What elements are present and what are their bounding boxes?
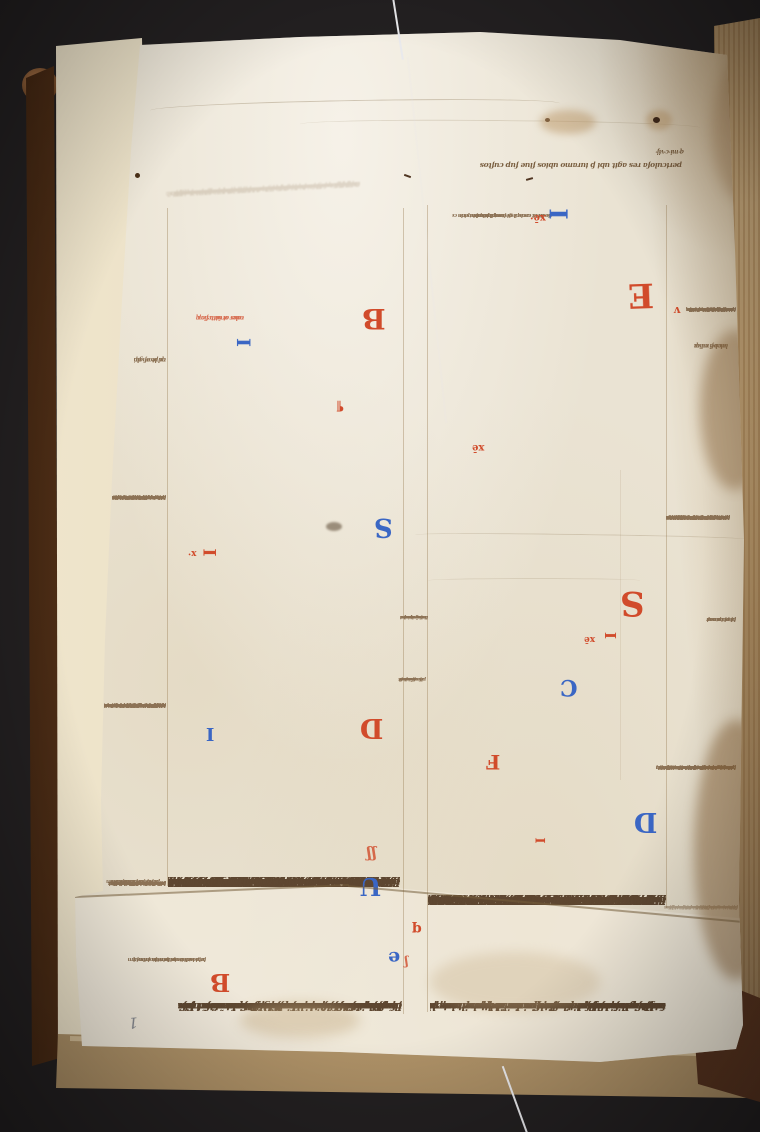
rubric-flourish-2: ʃ bbox=[404, 956, 408, 968]
initial-red-D: D bbox=[360, 714, 383, 741]
initial-blue-I-3: I bbox=[206, 724, 214, 742]
rubric-flourish-1: ʃʃ bbox=[366, 846, 376, 861]
wormhole bbox=[653, 117, 660, 123]
rubric-pilcrow: ¶ bbox=[336, 399, 344, 412]
initial-red-I-3: I bbox=[533, 837, 546, 843]
ink-smudge bbox=[326, 522, 342, 531]
initial-blue-D: D bbox=[634, 808, 657, 835]
rubric-v: v bbox=[674, 305, 680, 316]
initial-red-B-1: B bbox=[362, 304, 386, 332]
pencil-mark: 1 bbox=[121, 1013, 139, 1032]
initial-red-E: E bbox=[627, 278, 654, 313]
initial-red-B-2: B bbox=[210, 970, 230, 994]
stain-spot bbox=[430, 952, 600, 1012]
running-title: periculoſa res agit ubi ƥ iuramo ubios ſ… bbox=[446, 154, 682, 170]
stain-spot bbox=[540, 110, 596, 134]
wormhole bbox=[545, 118, 550, 122]
initial-blue-C: C bbox=[560, 676, 578, 698]
initial-red-F: F bbox=[486, 752, 500, 772]
rubric-x-1: x· bbox=[188, 548, 197, 557]
rubric-xem-3: xē bbox=[584, 634, 595, 643]
initial-blue-e: e bbox=[388, 948, 400, 967]
running-title-chapter: q·mi·c·vij· bbox=[626, 144, 684, 155]
initial-blue-I-1: I bbox=[546, 208, 570, 219]
rubric-xem-1: xē· bbox=[530, 212, 546, 222]
rubric-q: q bbox=[412, 922, 422, 936]
stain-spot bbox=[240, 1002, 360, 1038]
manuscript-photo: fi fi taho ſein iuñt ib oſho uaat tumiap… bbox=[0, 0, 760, 1132]
initial-blue-I-2: I bbox=[233, 338, 252, 347]
initial-red-S: S bbox=[620, 586, 645, 620]
initial-red-I-2: I bbox=[602, 632, 617, 639]
initial-blue-S: S bbox=[374, 514, 393, 540]
initial-red-I-1: I bbox=[199, 549, 216, 557]
rubric-xem-2: xē bbox=[472, 442, 484, 452]
wormhole bbox=[135, 173, 140, 178]
